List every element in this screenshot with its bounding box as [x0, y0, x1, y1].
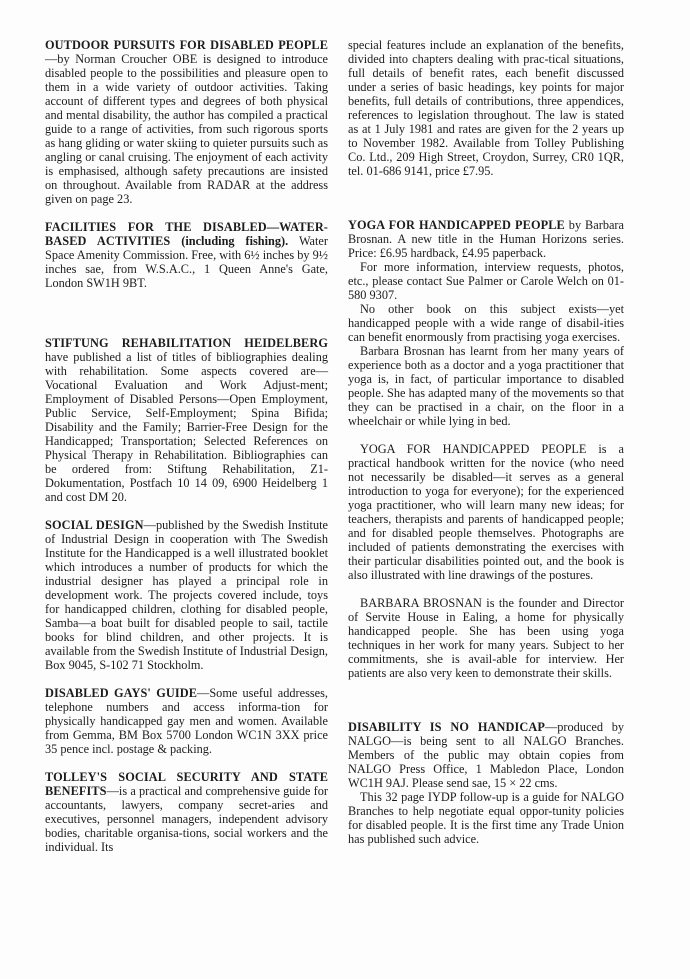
entry-paragraph: For more information, interview requests…	[348, 260, 624, 302]
entry-paragraph: No other book on this subject exists—yet…	[348, 302, 624, 344]
right-column: special features include an explanation …	[348, 38, 624, 846]
entry-title: STIFTUNG REHABILITATION HEIDELBERG	[45, 336, 328, 350]
entry-facilities-water: FACILITIES FOR THE DISABLED—WATER-BASED …	[45, 220, 328, 290]
entry-brosnan-bio: BARBARA BROSNAN is the founder and Direc…	[348, 596, 624, 680]
entry-body: have published a list of titles of bibli…	[45, 350, 328, 504]
entry-paragraph: This 32 page IYDP follow-up is a guide f…	[348, 790, 624, 846]
entry-social-design: SOCIAL DESIGN—published by the Swedish I…	[45, 518, 328, 672]
entry-title: DISABLED GAYS' GUIDE	[45, 686, 197, 700]
entry-body: BARBARA BROSNAN is the founder and Direc…	[348, 596, 624, 680]
entry-body: special features include an explanation …	[348, 38, 624, 178]
entry-body: YOGA FOR HANDICAPPED PEOPLE is a practic…	[348, 442, 624, 582]
entry-outdoor-pursuits: OUTDOOR PURSUITS FOR DISABLED PEOPLE—by …	[45, 38, 328, 206]
entry-stiftung: STIFTUNG REHABILITATION HEIDELBERG have …	[45, 336, 328, 504]
entry-title: OUTDOOR PURSUITS FOR DISABLED PEOPLE	[45, 38, 328, 52]
entry-yoga-handbook: YOGA FOR HANDICAPPED PEOPLE is a practic…	[348, 442, 624, 582]
entry-body: —published by the Swedish Institute of I…	[45, 518, 328, 672]
entry-disabled-gays-guide: DISABLED GAYS' GUIDE—Some useful address…	[45, 686, 328, 756]
entry-title: DISABILITY IS NO HANDICAP	[348, 720, 545, 734]
entry-paragraph: Barbara Brosnan has learnt from her many…	[348, 344, 624, 428]
left-column: OUTDOOR PURSUITS FOR DISABLED PEOPLE—by …	[45, 38, 328, 854]
entry-subtitle: (including fishing).	[170, 234, 288, 248]
entry-body: —by Norman Croucher OBE is designed to i…	[45, 52, 328, 206]
entry-nalgo: DISABILITY IS NO HANDICAP—produced by NA…	[348, 720, 624, 846]
entry-yoga: YOGA FOR HANDICAPPED PEOPLE by Barbara B…	[348, 218, 624, 428]
entry-title: SOCIAL DESIGN	[45, 518, 144, 532]
entry-tolley: TOLLEY'S SOCIAL SECURITY AND STATE BENEF…	[45, 770, 328, 854]
entry-title: YOGA FOR HANDICAPPED PEOPLE	[348, 218, 565, 232]
entry-tolley-continued: special features include an explanation …	[348, 38, 624, 178]
